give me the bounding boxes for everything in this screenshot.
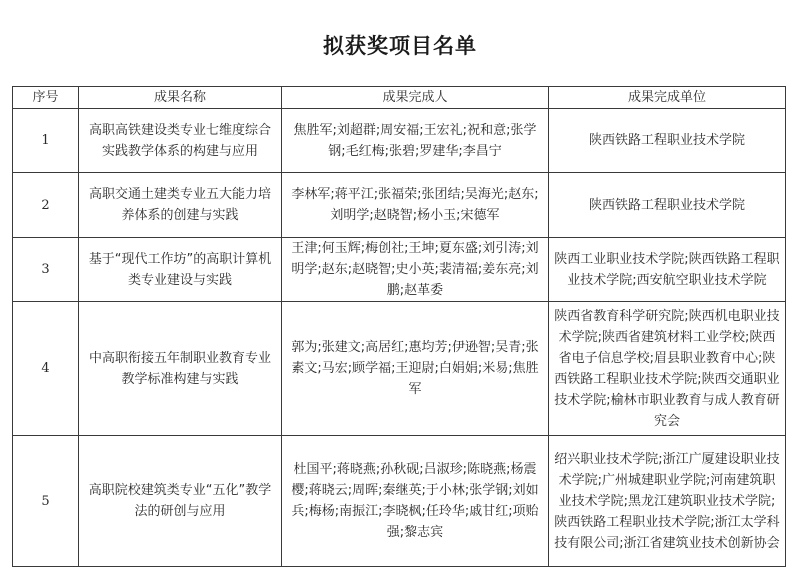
- row-name: 高职高铁建设类专业七维度综合实践教学体系的构建与应用: [79, 109, 282, 173]
- award-list-table: 序号 成果名称 成果完成人 成果完成单位 1 高职高铁建设类专业七维度综合实践教…: [12, 86, 786, 567]
- row-no: 2: [13, 173, 79, 238]
- row-no: 1: [13, 109, 79, 173]
- table-row: 4 中高职衔接五年制职业教育专业教学标准构建与实践 郭为;张建文;高居红;惠均芳…: [13, 302, 786, 436]
- table-header-row: 序号 成果名称 成果完成人 成果完成单位: [13, 87, 786, 109]
- header-people: 成果完成人: [282, 87, 549, 109]
- table-row: 5 高职院校建筑类专业“五化”教学法的研创与应用 杜国平;蒋晓燕;孙秋砚;吕淑珍…: [13, 436, 786, 567]
- row-name: 基于“现代工作坊”的高职计算机类专业建设与实践: [79, 238, 282, 302]
- row-no: 4: [13, 302, 79, 436]
- row-people: 王津;何玉辉;梅创社;王坤;夏东盛;刘引涛;刘明学;赵东;赵晓智;史小英;裴清福…: [282, 238, 549, 302]
- row-name: 高职院校建筑类专业“五化”教学法的研创与应用: [79, 436, 282, 567]
- table-row: 1 高职高铁建设类专业七维度综合实践教学体系的构建与应用 焦胜军;刘超群;周安福…: [13, 109, 786, 173]
- row-name: 中高职衔接五年制职业教育专业教学标准构建与实践: [79, 302, 282, 436]
- row-people: 杜国平;蒋晓燕;孙秋砚;吕淑珍;陈晓燕;杨震樱;蒋晓云;周晖;秦继英;于小林;张…: [282, 436, 549, 567]
- row-units: 陕西省教育科学研究院;陕西机电职业技术学院;陕西省建筑材料工业学校;陕西省电子信…: [549, 302, 786, 436]
- row-units: 陕西铁路工程职业技术学院: [549, 173, 786, 238]
- table-row: 2 高职交通土建类专业五大能力培养体系的创建与实践 李林军;蒋平江;张福荣;张团…: [13, 173, 786, 238]
- row-name: 高职交通土建类专业五大能力培养体系的创建与实践: [79, 173, 282, 238]
- row-no: 5: [13, 436, 79, 567]
- row-people: 郭为;张建文;高居红;惠均芳;伊逊智;吴青;张素文;马宏;顾学福;王迎尉;白娟娟…: [282, 302, 549, 436]
- row-people: 焦胜军;刘超群;周安福;王宏礼;祝和意;张学钢;毛红梅;张碧;罗建华;李昌宁: [282, 109, 549, 173]
- header-name: 成果名称: [79, 87, 282, 109]
- row-units: 陕西工业职业技术学院;陕西铁路工程职业技术学院;西安航空职业技术学院: [549, 238, 786, 302]
- document-title: 拟获奖项目名单: [0, 30, 800, 60]
- row-units: 绍兴职业技术学院;浙江广厦建设职业技术学院;广州城建职业学院;河南建筑职业技术学…: [549, 436, 786, 567]
- row-units: 陕西铁路工程职业技术学院: [549, 109, 786, 173]
- header-no: 序号: [13, 87, 79, 109]
- row-people: 李林军;蒋平江;张福荣;张团结;吴海光;赵东;刘明学;赵晓智;杨小玉;宋德军: [282, 173, 549, 238]
- table-row: 3 基于“现代工作坊”的高职计算机类专业建设与实践 王津;何玉辉;梅创社;王坤;…: [13, 238, 786, 302]
- header-units: 成果完成单位: [549, 87, 786, 109]
- row-no: 3: [13, 238, 79, 302]
